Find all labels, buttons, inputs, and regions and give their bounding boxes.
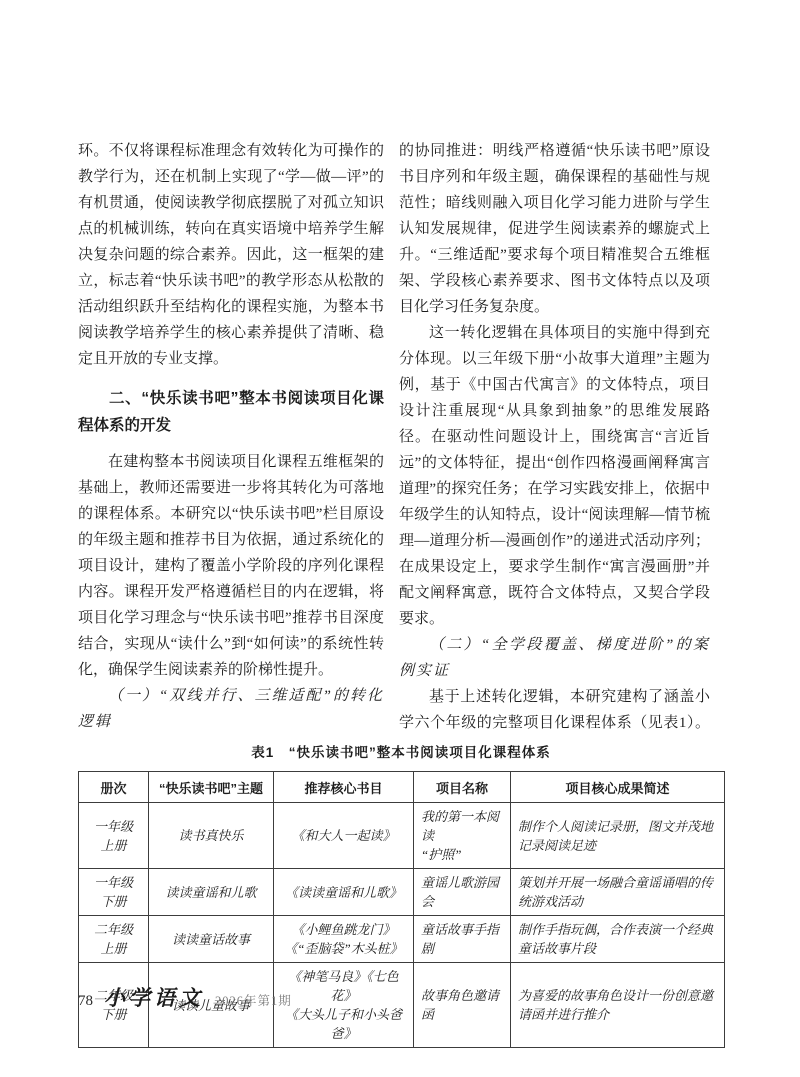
- column-header-books: 推荐核心书目: [274, 772, 414, 803]
- column-header-project: 项目名称: [414, 772, 511, 803]
- table-row: 二年级 上册 读读童话故事 《小鲤鱼跳龙门》 《“歪脑袋”木头桩》 童话故事手指…: [79, 916, 725, 963]
- cell-outcome: 制作个人阅读记录册，图文并茂地记录阅读足迹: [511, 803, 725, 869]
- cell-outcome: 为喜爱的故事角色设计一份创意邀请函并进行推介: [511, 963, 725, 1048]
- cell-books: 《和大人一起读》: [274, 803, 414, 869]
- paragraph: 这一转化逻辑在具体项目的实施中得到充分体现。以三年级下册“小故事大道理”主题为例…: [399, 320, 710, 632]
- page-number: 78: [78, 993, 93, 1010]
- subsection-heading-1: （一）“双线并行、三维适配”的转化逻辑: [78, 683, 384, 735]
- table-row: 一年级 下册 读读童谣和儿歌 《读读童谣和儿歌》 童谣儿歌游园会 策划并开展一场…: [79, 869, 725, 916]
- cell-theme: 读读童话故事: [149, 916, 274, 963]
- article-body: 环。不仅将课程标准理念有效转化为可操作的教学行为，还在机制上实现了“学—做—评”…: [78, 138, 710, 738]
- table-header-row: 册次 “快乐读书吧”主题 推荐核心书目 项目名称 项目核心成果简述: [79, 772, 725, 803]
- cell-outcome: 策划并开展一场融合童谣诵唱的传统游戏活动: [511, 869, 725, 916]
- journal-article-page: 环。不仅将课程标准理念有效转化为可操作的教学行为，还在机制上实现了“学—做—评”…: [0, 0, 800, 1077]
- cell-theme: 读读童谣和儿歌: [149, 869, 274, 916]
- left-column: 环。不仅将课程标准理念有效转化为可操作的教学行为，还在机制上实现了“学—做—评”…: [78, 138, 384, 738]
- table-caption: 表1 “快乐读书吧”整本书阅读项目化课程体系: [78, 741, 724, 761]
- cell-volume: 一年级 上册: [79, 803, 149, 869]
- cell-project: 故事角色邀请函: [414, 963, 511, 1048]
- paragraph: 基于上述转化逻辑，本研究建构了涵盖小学六个年级的完整项目化课程体系（见表1）。该…: [399, 684, 710, 738]
- cell-theme: 读书真快乐: [149, 803, 274, 869]
- cell-books: 《读读童谣和儿歌》: [274, 869, 414, 916]
- paragraph: 课程体系的建构遵循“双线并行、三维适配”的转化逻辑。其中，“双线并行”强调明线与…: [78, 735, 384, 738]
- subsection-heading-2: （二）“全学段覆盖、梯度进阶”的案例实证: [399, 632, 710, 684]
- cell-books: 《小鲤鱼跳龙门》 《“歪脑袋”木头桩》: [274, 916, 414, 963]
- table-row: 一年级 上册 读书真快乐 《和大人一起读》 我的第一本阅读 “护照” 制作个人阅…: [79, 803, 725, 869]
- paragraph-continuation: 的协同推进：明线严格遵循“快乐读书吧”原设书目序列和年级主题，确保课程的基础性与…: [399, 138, 710, 320]
- page-footer: 78 小学语文 2026年第1期: [78, 982, 292, 1012]
- paragraph-continuation: 环。不仅将课程标准理念有效转化为可操作的教学行为，还在机制上实现了“学—做—评”…: [78, 138, 384, 372]
- cell-project: 我的第一本阅读 “护照”: [414, 803, 511, 869]
- cell-books: 《神笔马良》《七色花》 《大头儿子和小头爸爸》: [274, 963, 414, 1048]
- cell-volume: 一年级 下册: [79, 869, 149, 916]
- issue-info: 2026年第1期: [215, 991, 292, 1009]
- cell-outcome: 制作手指玩偶，合作表演一个经典童话故事片段: [511, 916, 725, 963]
- journal-title-logo: 小学语文: [104, 982, 204, 1012]
- cell-project: 童话故事手指剧: [414, 916, 511, 963]
- section-heading: 二、“快乐读书吧”整本书阅读项目化课程体系的开发: [78, 385, 384, 439]
- cell-project: 童谣儿歌游园会: [414, 869, 511, 916]
- column-header-outcome: 项目核心成果简述: [511, 772, 725, 803]
- right-column: 的协同推进：明线严格遵循“快乐读书吧”原设书目序列和年级主题，确保课程的基础性与…: [399, 138, 710, 738]
- column-header-theme: “快乐读书吧”主题: [149, 772, 274, 803]
- column-header-volume: 册次: [79, 772, 149, 803]
- paragraph: 在建构整本书阅读项目化课程五维框架的基础上，教师还需要进一步将其转化为可落地的课…: [78, 449, 384, 683]
- cell-volume: 二年级 上册: [79, 916, 149, 963]
